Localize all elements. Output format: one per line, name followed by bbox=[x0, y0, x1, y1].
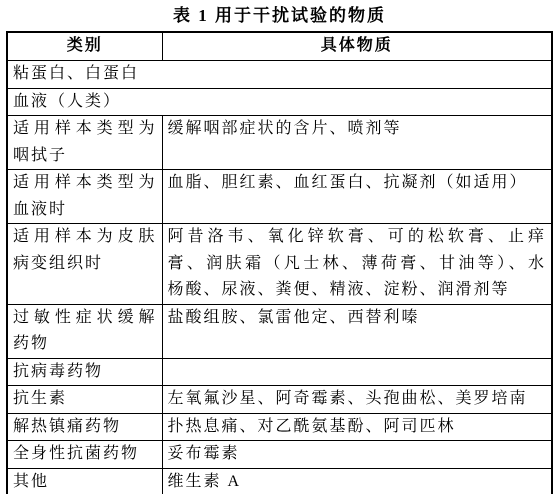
table-row: 过敏性症状缓解药物 盐酸组胺、氯雷他定、西替利嗪 bbox=[7, 304, 552, 358]
table-cell-category: 过敏性症状缓解药物 bbox=[7, 304, 162, 358]
table-title: 表 1 用于干扰试验的物质 bbox=[0, 4, 559, 28]
table-row: 抗生素 左氧氟沙星、阿奇霉素、头孢曲松、美罗培南 bbox=[7, 386, 552, 414]
table-cell-category: 其他 bbox=[7, 468, 162, 494]
table-row: 抗病毒药物 bbox=[7, 358, 552, 386]
column-header-substances: 具体物质 bbox=[162, 32, 552, 61]
interference-substances-table: 类别 具体物质 粘蛋白、白蛋白 血液（人类） 适用样本类型为咽拭子 缓解咽部症状… bbox=[6, 31, 553, 494]
table-cell-substances: 盐酸组胺、氯雷他定、西替利嗪 bbox=[162, 304, 552, 358]
table-cell-substances bbox=[162, 358, 552, 386]
table-cell-substances: 血脂、胆红素、血红蛋白、抗凝剂（如适用） bbox=[162, 170, 552, 224]
table-row: 血液（人类） bbox=[7, 88, 552, 116]
table-cell-substances: 阿昔洛韦、氧化锌软膏、可的松软膏、止痒膏、润肤霜（凡士林、薄荷膏、甘油等）、水杨… bbox=[162, 224, 552, 305]
table-cell-category: 解热镇痛药物 bbox=[7, 413, 162, 441]
table-cell-category: 适用样本类型为咽拭子 bbox=[7, 116, 162, 170]
table-header-row: 类别 具体物质 bbox=[7, 32, 552, 61]
table-cell-category: 适用样本为皮肤病变组织时 bbox=[7, 224, 162, 305]
table-cell-category: 抗病毒药物 bbox=[7, 358, 162, 386]
table-cell-category: 抗生素 bbox=[7, 386, 162, 414]
table-cell-category: 血液（人类） bbox=[7, 88, 552, 116]
table-row: 解热镇痛药物 扑热息痛、对乙酰氨基酚、阿司匹林 bbox=[7, 413, 552, 441]
table-row: 适用样本类型为咽拭子 缓解咽部症状的含片、喷剂等 bbox=[7, 116, 552, 170]
column-header-category: 类别 bbox=[7, 32, 162, 61]
table-cell-substances: 扑热息痛、对乙酰氨基酚、阿司匹林 bbox=[162, 413, 552, 441]
table-row: 全身性抗菌药物 妥布霉素 bbox=[7, 441, 552, 469]
table-cell-substances: 左氧氟沙星、阿奇霉素、头孢曲松、美罗培南 bbox=[162, 386, 552, 414]
table-cell-substances: 缓解咽部症状的含片、喷剂等 bbox=[162, 116, 552, 170]
table-cell-category: 全身性抗菌药物 bbox=[7, 441, 162, 469]
table-cell-substances: 妥布霉素 bbox=[162, 441, 552, 469]
table-cell-substances: 维生素 A bbox=[162, 468, 552, 494]
table-cell-category: 适用样本类型为血液时 bbox=[7, 170, 162, 224]
table-row: 其他 维生素 A bbox=[7, 468, 552, 494]
table-cell-category: 粘蛋白、白蛋白 bbox=[7, 61, 552, 89]
table-row: 适用样本为皮肤病变组织时 阿昔洛韦、氧化锌软膏、可的松软膏、止痒膏、润肤霜（凡士… bbox=[7, 224, 552, 305]
table-row: 粘蛋白、白蛋白 bbox=[7, 61, 552, 89]
table-row: 适用样本类型为血液时 血脂、胆红素、血红蛋白、抗凝剂（如适用） bbox=[7, 170, 552, 224]
